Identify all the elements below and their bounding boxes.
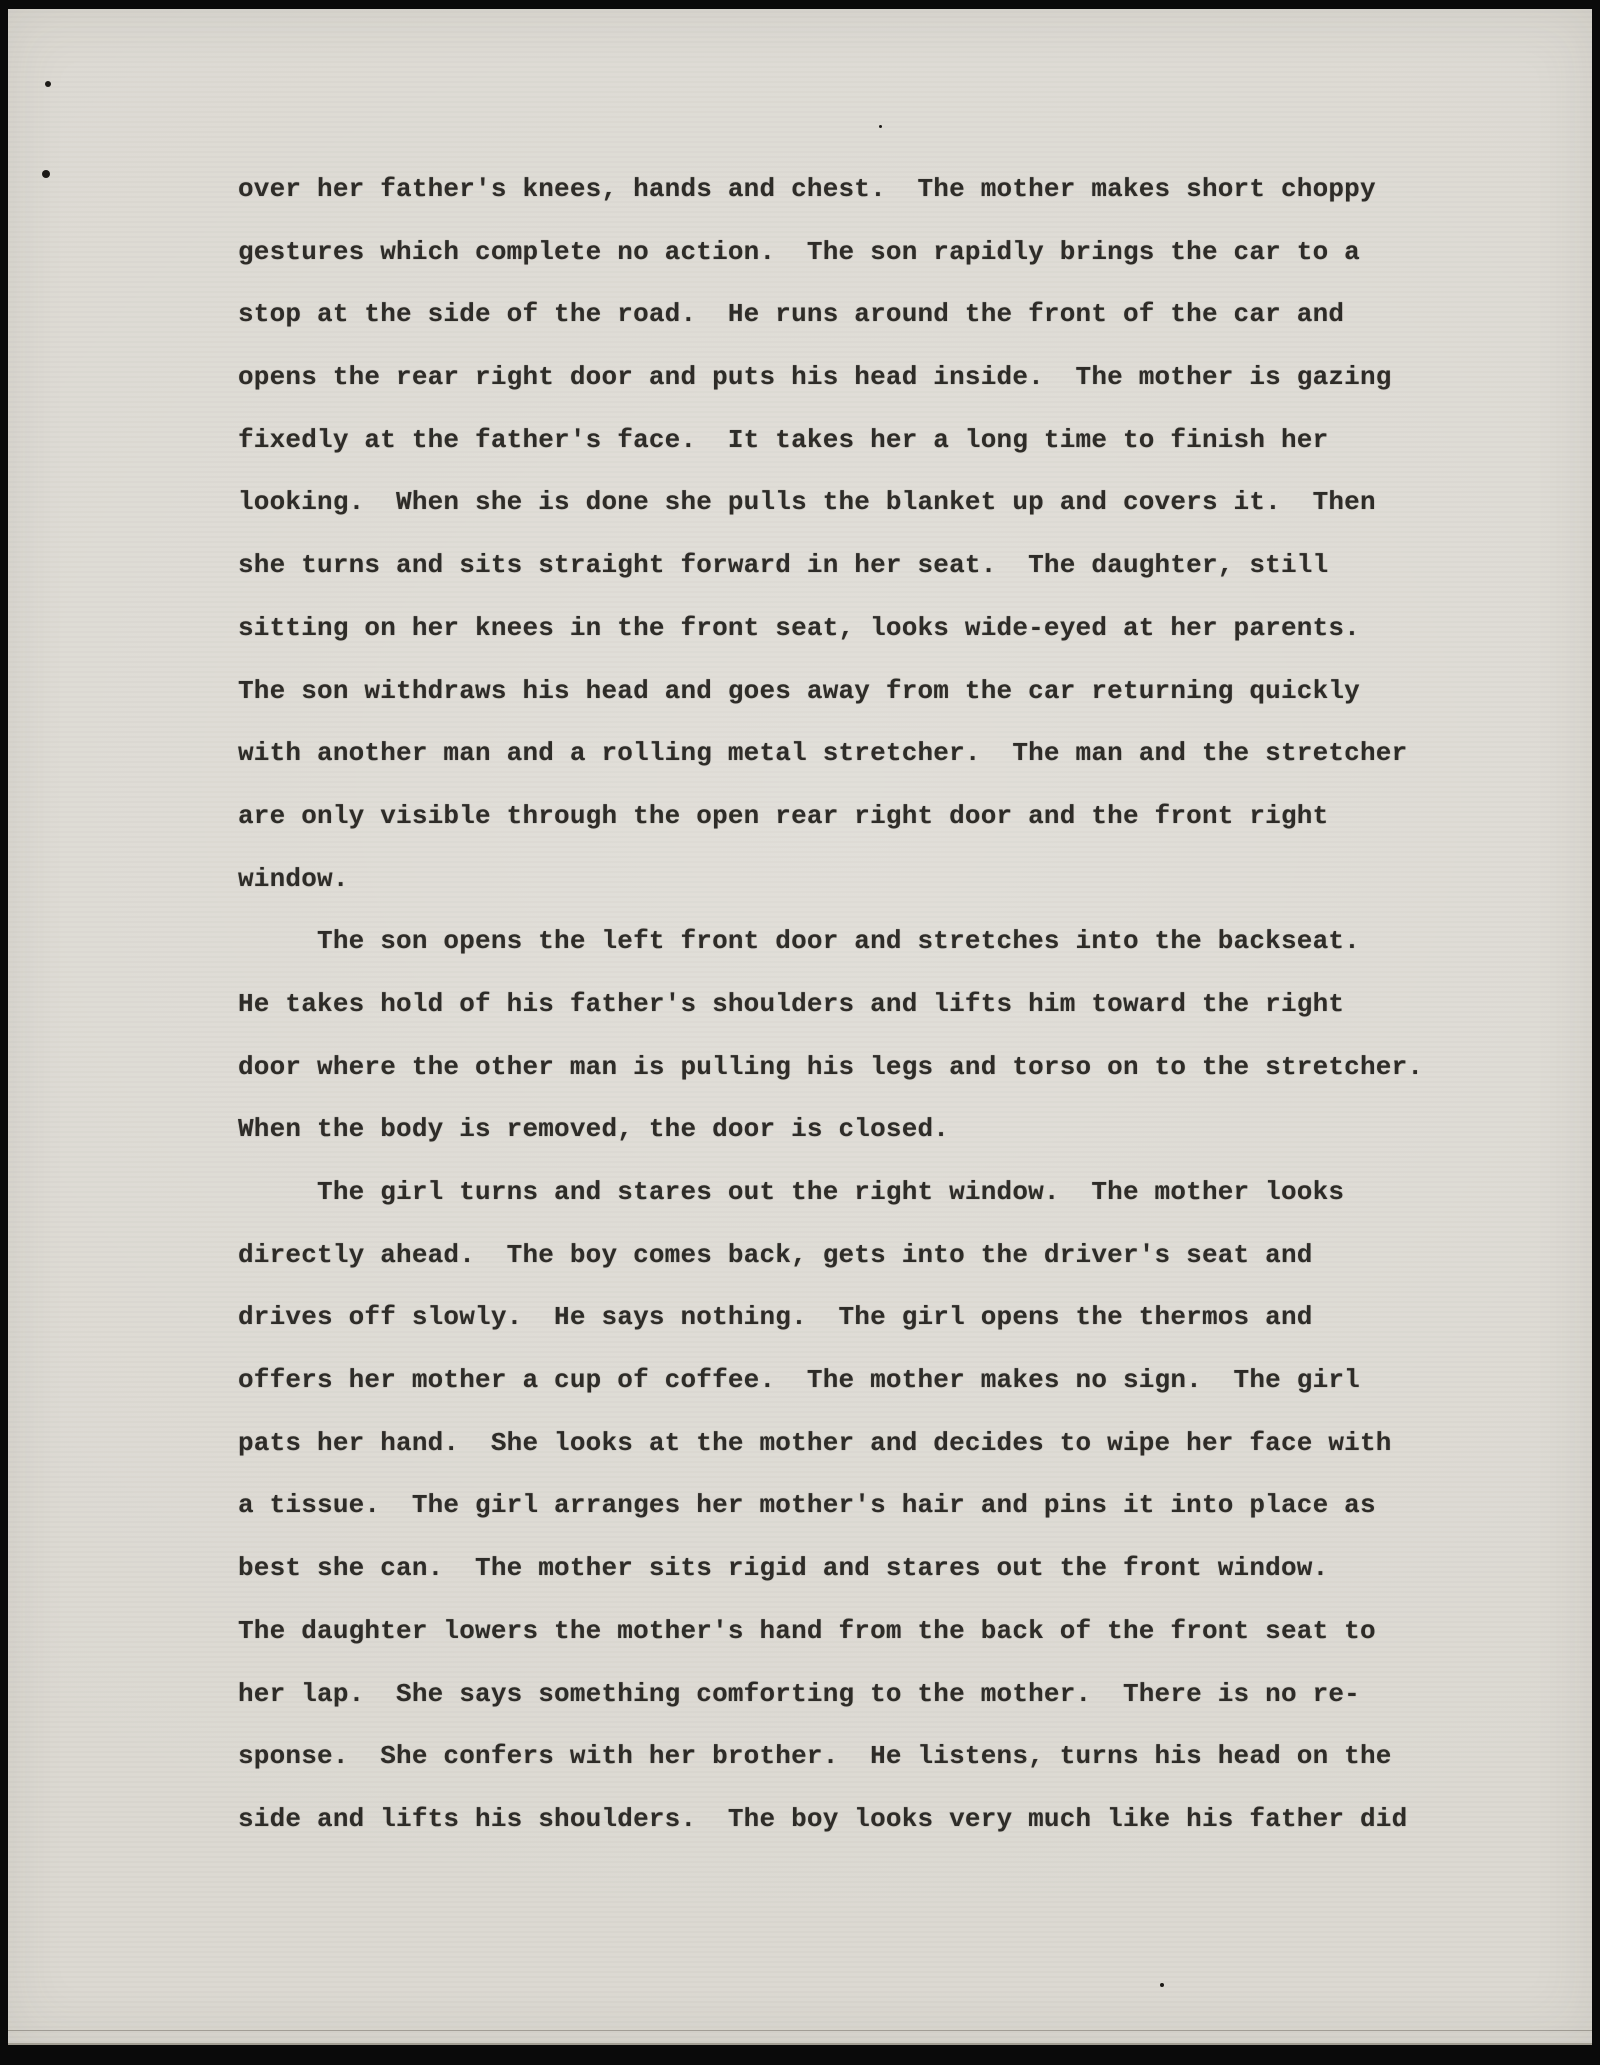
text-line: The daughter lowers the mother's hand fr… (238, 1600, 1423, 1663)
text-line: drives off slowly. He says nothing. The … (238, 1286, 1423, 1349)
text-line: The son opens the left front door and st… (238, 910, 1423, 973)
text-line: fixedly at the father's face. It takes h… (238, 409, 1423, 472)
paper-speck (42, 170, 50, 178)
paper-bottom-edge (8, 2030, 1592, 2031)
text-line: over her father's knees, hands and chest… (238, 158, 1423, 221)
document-paper: over her father's knees, hands and chest… (8, 9, 1592, 2045)
text-line: are only visible through the open rear r… (238, 785, 1423, 848)
text-line: side and lifts his shoulders. The boy lo… (238, 1788, 1423, 1851)
text-line: He takes hold of his father's shoulders … (238, 973, 1423, 1036)
text-line: gestures which complete no action. The s… (238, 221, 1423, 284)
paper-speck (879, 125, 882, 128)
text-line: with another man and a rolling metal str… (238, 722, 1423, 785)
text-line: The son withdraws his head and goes away… (238, 660, 1423, 723)
text-line: door where the other man is pulling his … (238, 1036, 1423, 1099)
text-line: sitting on her knees in the front seat, … (238, 597, 1423, 660)
text-line: stop at the side of the road. He runs ar… (238, 283, 1423, 346)
text-line: best she can. The mother sits rigid and … (238, 1537, 1423, 1600)
text-line: sponse. She confers with her brother. He… (238, 1725, 1423, 1788)
text-line: her lap. She says something comforting t… (238, 1663, 1423, 1726)
paper-speck (45, 81, 51, 87)
text-line: When the body is removed, the door is cl… (238, 1098, 1423, 1161)
text-line: opens the rear right door and puts his h… (238, 346, 1423, 409)
text-line: offers her mother a cup of coffee. The m… (238, 1349, 1423, 1412)
text-line: a tissue. The girl arranges her mother's… (238, 1474, 1423, 1537)
text-line: looking. When she is done she pulls the … (238, 471, 1423, 534)
scanned-page-background: over her father's knees, hands and chest… (0, 0, 1600, 2065)
text-line: window. (238, 848, 1423, 911)
text-line: directly ahead. The boy comes back, gets… (238, 1224, 1423, 1287)
typed-text: over her father's knees, hands and chest… (238, 158, 1423, 1851)
text-line: pats her hand. She looks at the mother a… (238, 1412, 1423, 1475)
text-line: The girl turns and stares out the right … (238, 1161, 1423, 1224)
paper-speck (1160, 1983, 1164, 1987)
text-line: she turns and sits straight forward in h… (238, 534, 1423, 597)
